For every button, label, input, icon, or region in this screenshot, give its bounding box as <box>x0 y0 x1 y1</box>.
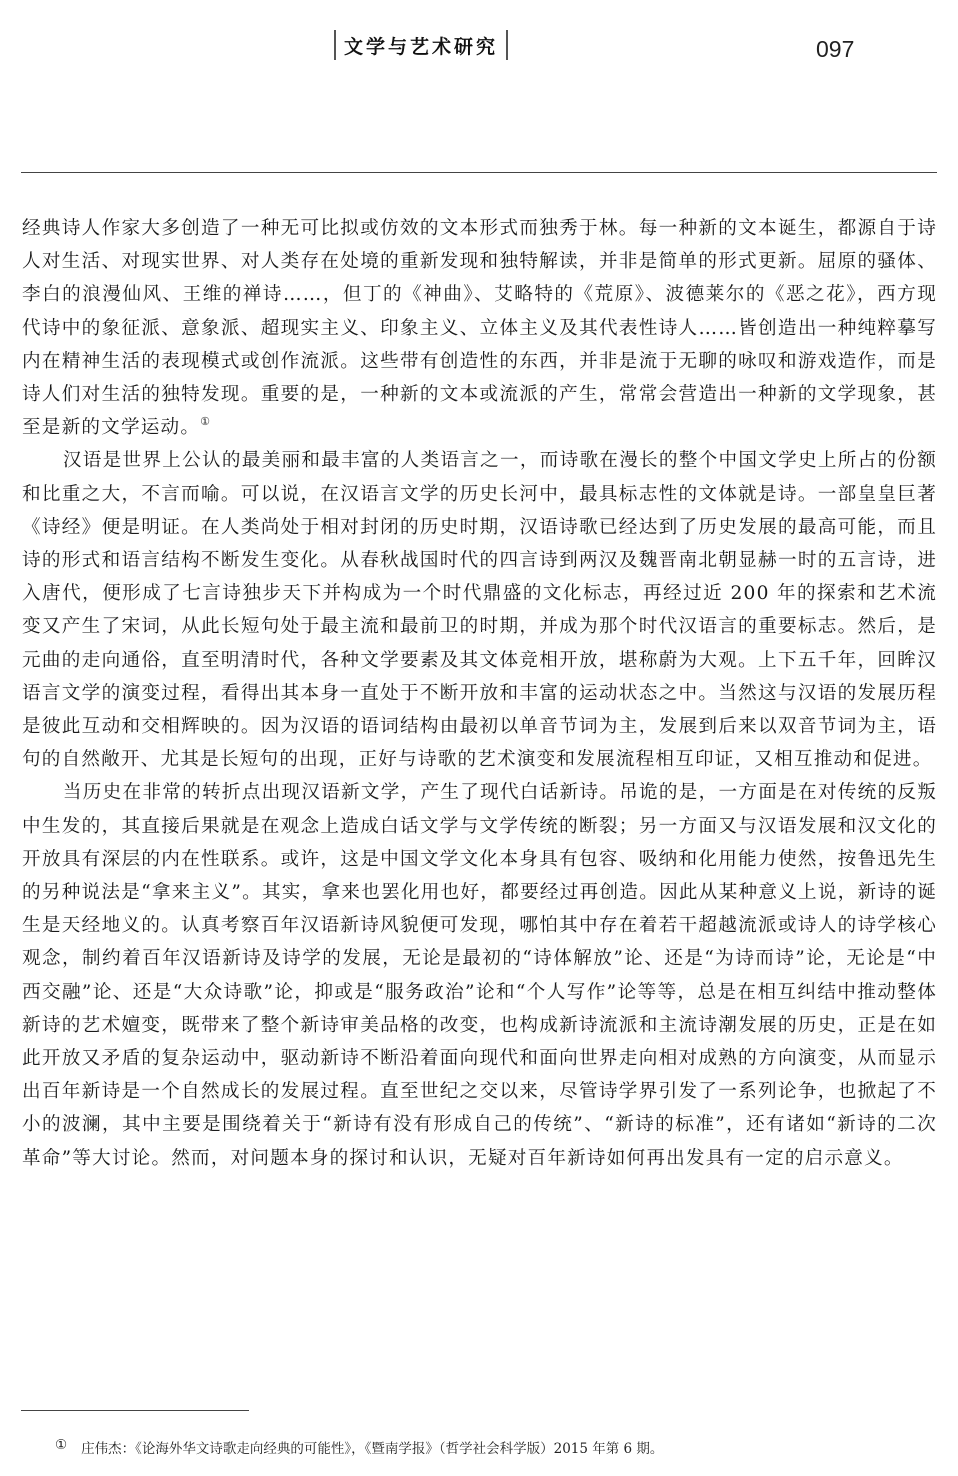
header-rule <box>21 172 937 173</box>
paragraph-3: 当历史在非常的转折点出现汉语新文学，产生了现代白话新诗。吊诡的是，一方面是在对传… <box>22 776 937 1174</box>
footnote: ① 庄伟杰：《论海外华文诗歌走向经典的可能性》，《暨南学报》（哲学社会科学版）2… <box>55 1437 663 1457</box>
running-head: 文学与艺术研究 <box>334 30 508 60</box>
footnote-text: 庄伟杰：《论海外华文诗歌走向经典的可能性》，《暨南学报》（哲学社会科学版）201… <box>81 1437 663 1457</box>
paragraph-2: 汉语是世界上公认的最美丽和最丰富的人类语言之一，而诗歌在漫长的整个中国文学史上所… <box>22 444 937 776</box>
paragraph-text: 当历史在非常的转折点出现汉语新文学，产生了现代白话新诗。吊诡的是，一方面是在对传… <box>22 782 937 1168</box>
article-body: 经典诗人作家大多创造了一种无可比拟或仿效的文本形式而独秀于林。每一种新的文本诞生… <box>22 212 937 1175</box>
paragraph-1: 经典诗人作家大多创造了一种无可比拟或仿效的文本形式而独秀于林。每一种新的文本诞生… <box>22 212 937 444</box>
section-title: 文学与艺术研究 <box>336 32 506 59</box>
head-divider-right <box>506 30 508 60</box>
footnote-rule <box>21 1410 249 1411</box>
page-number: 097 <box>816 36 854 63</box>
paragraph-text: 经典诗人作家大多创造了一种无可比拟或仿效的文本形式而独秀于林。每一种新的文本诞生… <box>22 218 937 438</box>
paragraph-text: 汉语是世界上公认的最美丽和最丰富的人类语言之一，而诗歌在漫长的整个中国文学史上所… <box>22 450 937 770</box>
footnote-reference[interactable]: ① <box>200 415 211 428</box>
footnote-mark: ① <box>55 1437 67 1457</box>
